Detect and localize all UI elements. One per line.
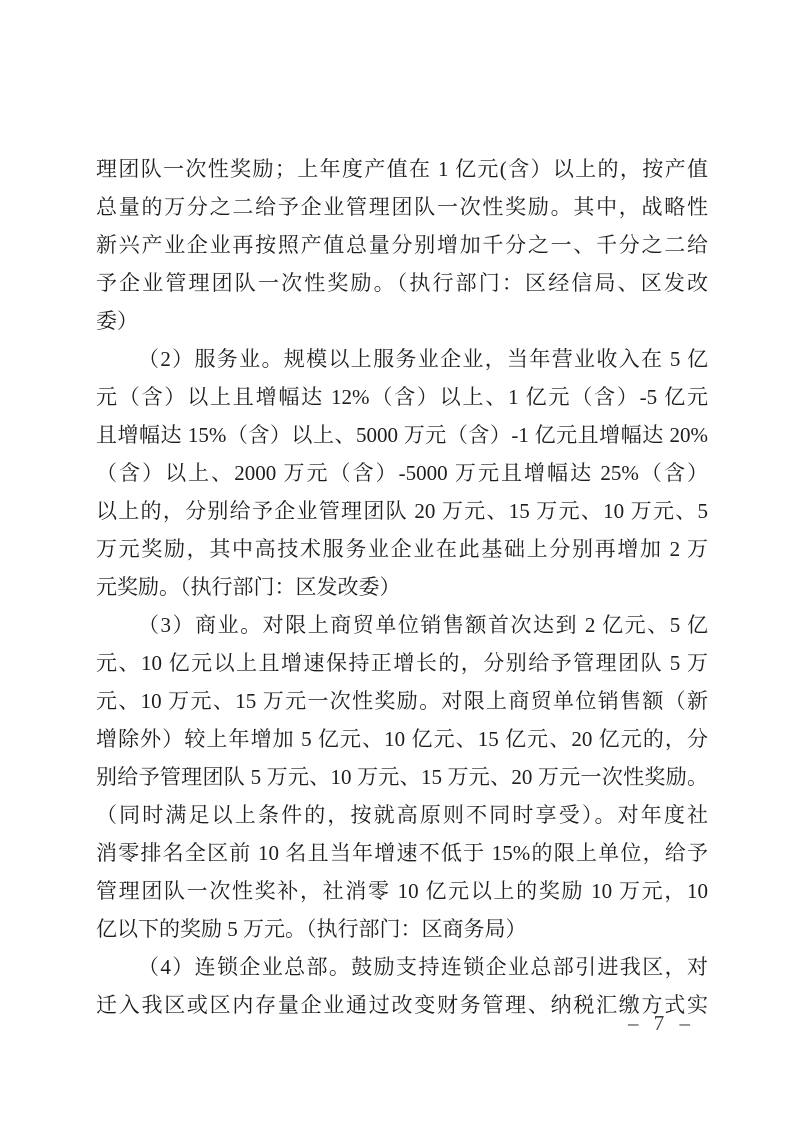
text-line: 以上的，分别给予企业管理团队 20 万元、15 万元、10 万元、5 [96,492,708,530]
text-line: 亿以下的奖励 5 万元。（执行部门：区商务局） [96,910,708,948]
text-line: 元、10 亿元以上且增速保持正增长的，分别给予管理团队 5 万 [96,644,708,682]
text-line: 新兴产业企业再按照产值总量分别增加千分之一、千分之二给 [96,226,708,264]
paragraph-4: （4）连锁企业总部。鼓励支持连锁企业总部引进我区，对迁入我区或区内存量企业通过改… [96,948,708,1024]
text-line: （4）连锁企业总部。鼓励支持连锁企业总部引进我区，对 [96,948,708,986]
text-line: （含）以上、2000 万元（含）-5000 万元且增幅达 25%（含） [96,454,708,492]
text-line: 予企业管理团队一次性奖励。（执行部门：区经信局、区发改 [96,264,708,302]
text-line: 且增幅达 15%（含）以上、5000 万元（含）-1 亿元且增幅达 20% [96,416,708,454]
text-line: 元（含）以上且增幅达 12%（含）以上、1 亿元（含）-5 亿元 [96,378,708,416]
document-body: 理团队一次性奖励；上年度产值在 1 亿元(含）以上的，按产值总量的万分之二给予企… [96,150,708,1024]
paragraph-1: 理团队一次性奖励；上年度产值在 1 亿元(含）以上的，按产值总量的万分之二给予企… [96,150,708,340]
text-line: 万元奖励，其中高技术服务业企业在此基础上分别再增加 2 万 [96,530,708,568]
text-line: 总量的万分之二给予企业管理团队一次性奖励。其中，战略性 [96,188,708,226]
text-line: 理团队一次性奖励；上年度产值在 1 亿元(含）以上的，按产值 [96,150,708,188]
text-line: （同时满足以上条件的，按就高原则不同时享受）。对年度社 [96,796,708,834]
text-line: 消零排名全区前 10 名且当年增速不低于 15%的限上单位，给予 [96,834,708,872]
text-line: 迁入我区或区内存量企业通过改变财务管理、纳税汇缴方式实 [96,986,708,1024]
text-line: 元、10 万元、15 万元一次性奖励。对限上商贸单位销售额（新 [96,682,708,720]
paragraph-2: （2）服务业。规模以上服务业企业，当年营业收入在 5 亿元（含）以上且增幅达 1… [96,340,708,606]
text-line: （3）商业。对限上商贸单位销售额首次达到 2 亿元、5 亿 [96,606,708,644]
paragraph-3: （3）商业。对限上商贸单位销售额首次达到 2 亿元、5 亿元、10 亿元以上且增… [96,606,708,948]
text-line: 增除外）较上年增加 5 亿元、10 亿元、15 亿元、20 亿元的，分 [96,720,708,758]
text-line: 委） [96,302,708,340]
page-number: – 7 – [628,1011,693,1036]
text-line: 元奖励。（执行部门：区发改委） [96,568,708,606]
text-line: 别给予管理团队 5 万元、10 万元、15 万元、20 万元一次性奖励。 [96,758,708,796]
document-page: 理团队一次性奖励；上年度产值在 1 亿元(含）以上的，按产值总量的万分之二给予企… [0,0,793,1122]
text-line: （2）服务业。规模以上服务业企业，当年营业收入在 5 亿 [96,340,708,378]
text-line: 管理团队一次性奖补，社消零 10 亿元以上的奖励 10 万元，10 [96,872,708,910]
